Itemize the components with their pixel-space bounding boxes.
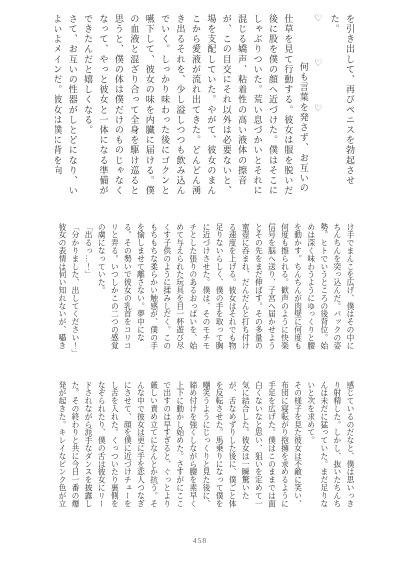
novel-page: を引き出して、再びペニスを勃起させた。 ♡ ♡ ♡ 何も言葉を発さず、お互いの仕…: [0, 0, 400, 565]
text-band-middle: け手でまんこを広げ、僕はその中にちんちんを突っ込んだ。バックの姿勢。ヒトでいうと…: [55, 223, 357, 357]
body-paragraph: さて、お互いの性器がしとどになり、いよいよメインだ。彼女は僕に背を向: [55, 14, 80, 200]
dialogue-line: 「出るっ…！」: [82, 223, 95, 357]
opening-line: を引き出して、再びペニスを勃起させた。: [326, 14, 357, 200]
hearts-line: ♡ ♡ ♡: [311, 14, 326, 200]
page-number: 458: [0, 536, 400, 545]
body-paragraph: 何も言葉を発さず、お互いの仕草を見て行動する。彼女は服を脱いだ後に股を僕の顔へ近…: [80, 14, 311, 200]
text-band-bottom: 感じているのだなと、僕は思いっきり射精した。しかし、抜いたちんちんは未だに猛って…: [55, 381, 357, 515]
dialogue-line: 「分かりました、出してください！」: [69, 223, 82, 357]
body-paragraph: 感じているのだなと、僕は思いっきり射精した。しかし、抜いたちんちんは未だに猛って…: [305, 381, 357, 515]
body-paragraph: 彼女の表情は伺い知れないが、囁きのような声が聞こえるあたり、ちゃんと: [55, 223, 69, 357]
body-paragraph: その様子を見た彼女は不敵に笑い、布団に寝転がり抱擁を求めるように手足を広げた。僕…: [55, 381, 305, 515]
body-paragraph: け手でまんこを広げ、僕はその中にちんちんを突っ込んだ。バックの姿勢。ヒトでいうと…: [95, 223, 357, 357]
text-band-top: を引き出して、再びペニスを勃起させた。 ♡ ♡ ♡ 何も言葉を発さず、お互いの仕…: [55, 14, 357, 200]
